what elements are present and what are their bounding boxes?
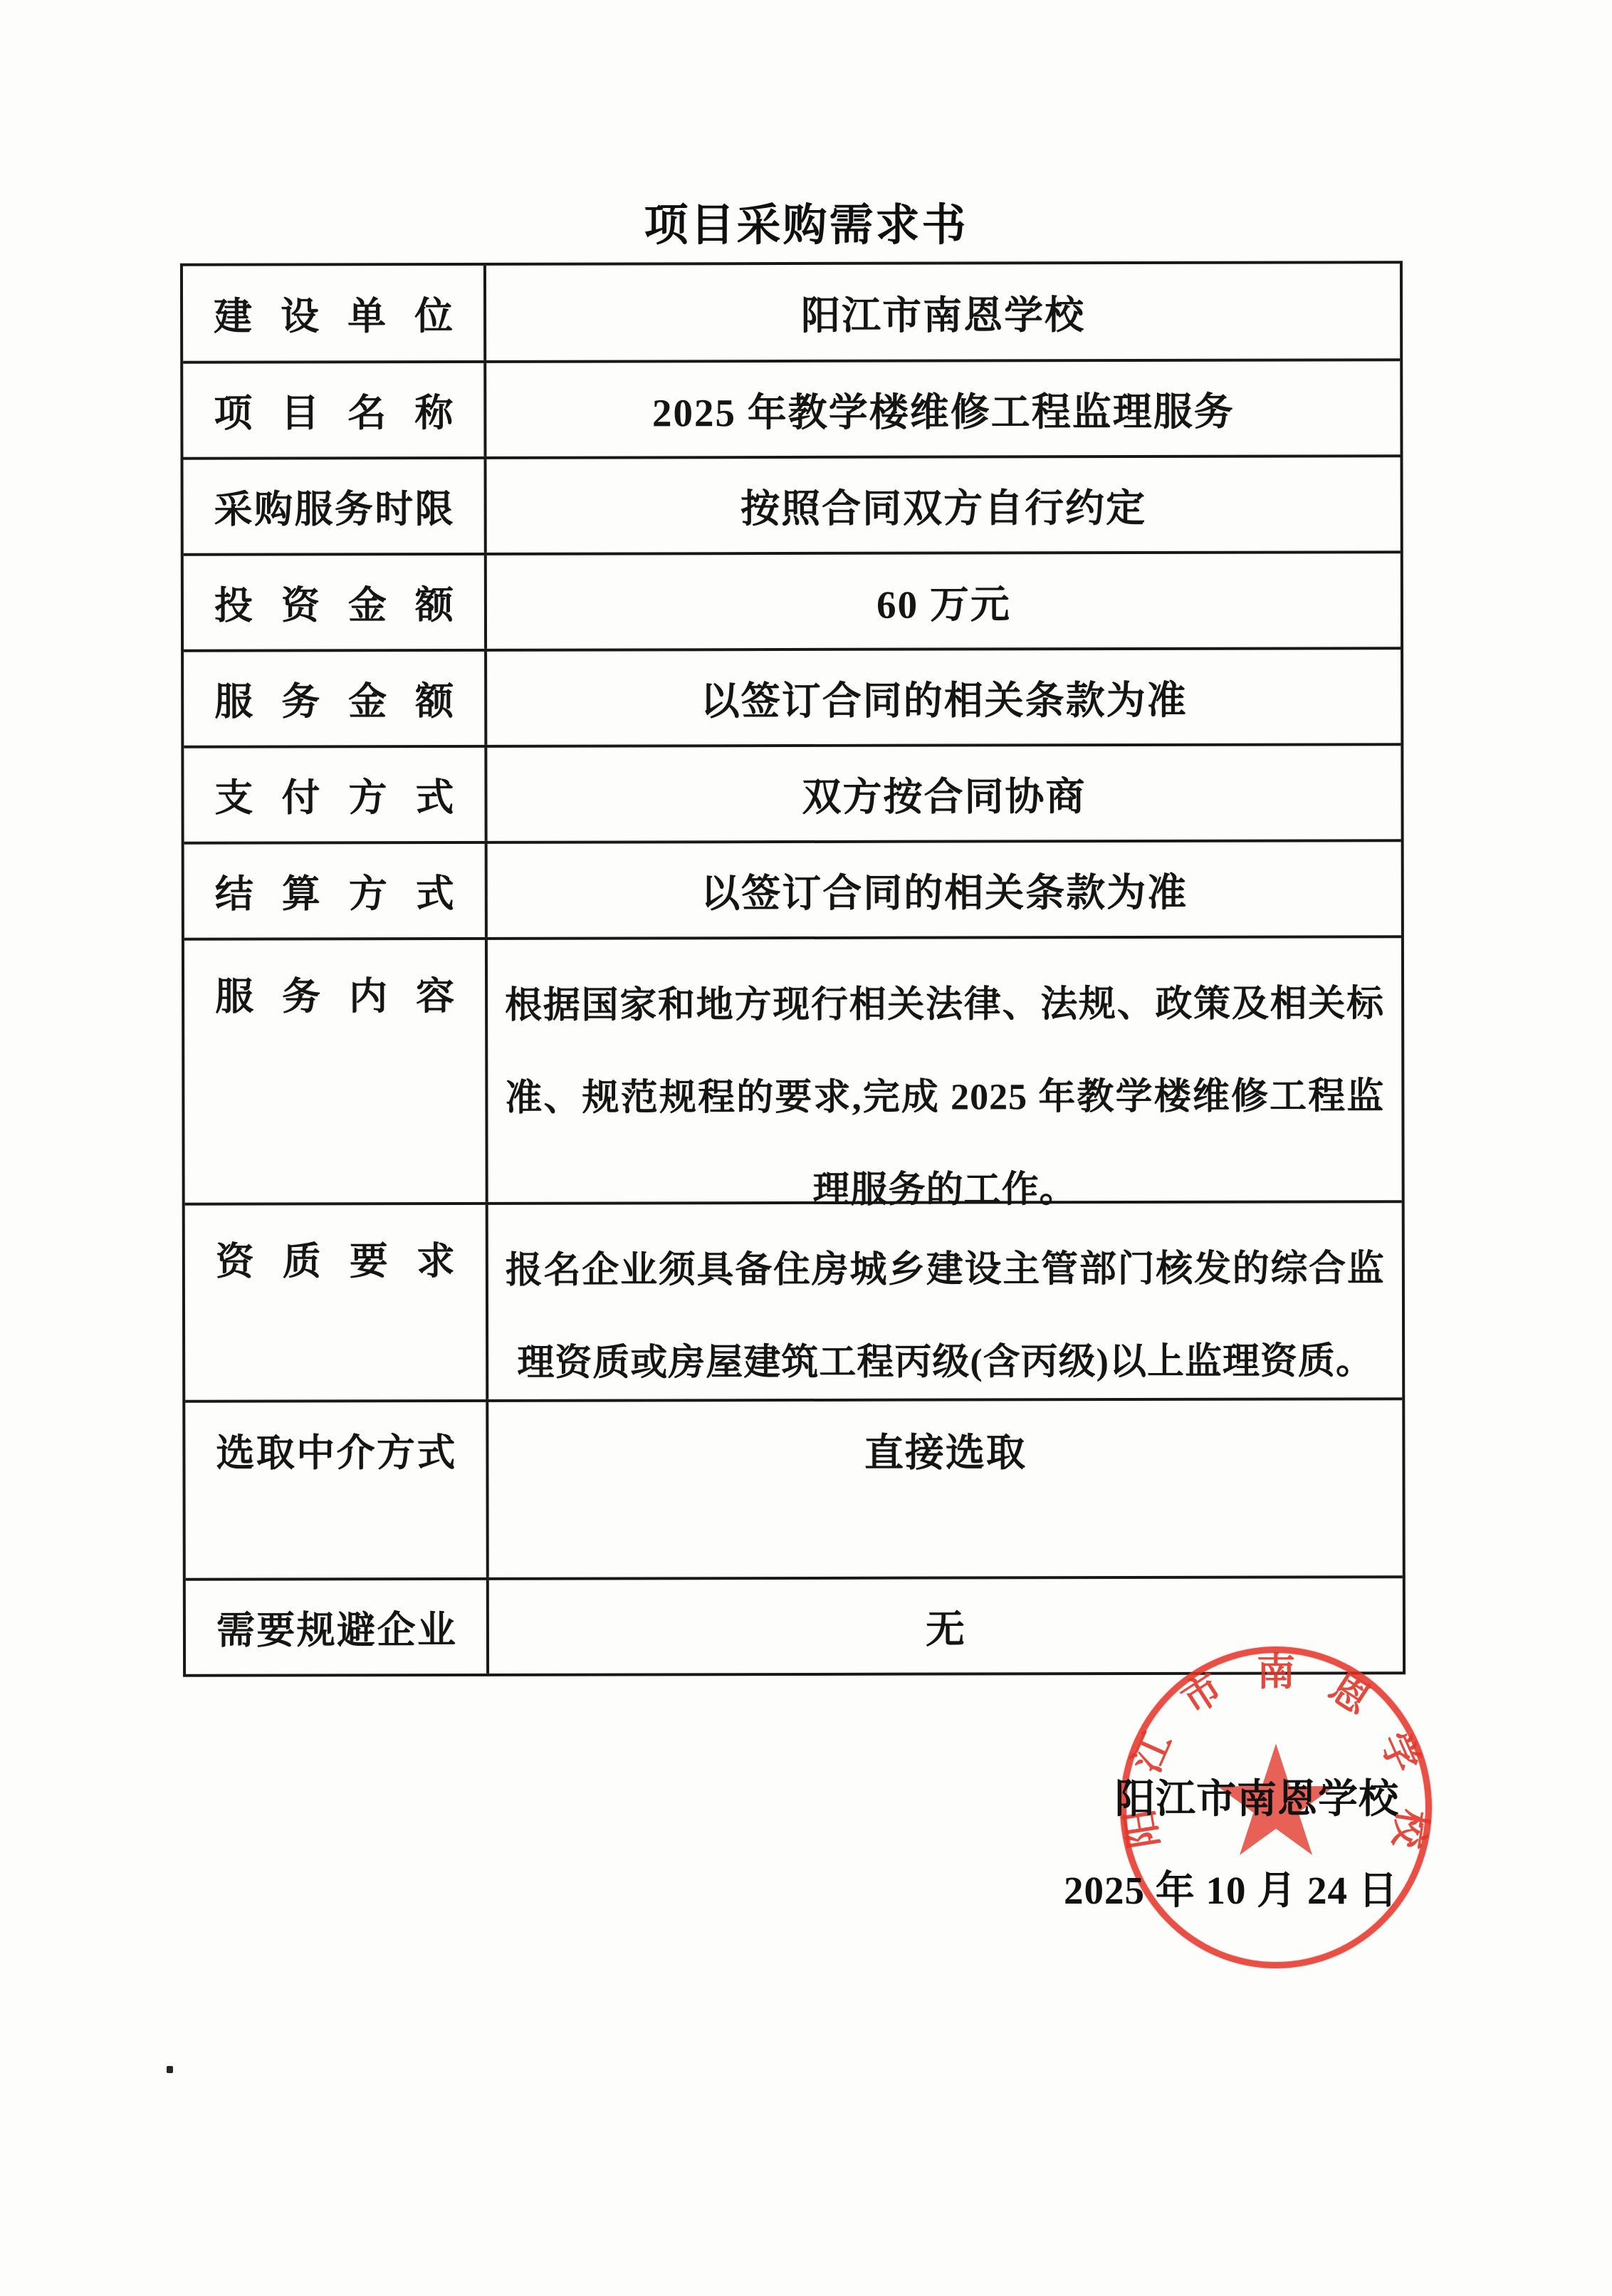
row-label: 投资金额 — [214, 575, 454, 630]
signature-org: 阳江市南恩学校 — [1115, 1768, 1399, 1825]
row-label-cell: 资质要求 — [185, 1205, 489, 1400]
row-value: 报名企业须具备住房城乡建设主管部门核发的综合监理资质或房屋建筑工程丙级(含丙级)… — [506, 1223, 1386, 1410]
row-value: 2025 年教学楼维修工程监理服务 — [652, 380, 1235, 438]
row-label: 服务内容 — [215, 966, 454, 1021]
row-value-cell: 60 万元 — [487, 553, 1401, 649]
table-row: 资质要求 报名企业须具备住房城乡建设主管部门核发的综合监理资质或房屋建筑工程丙级… — [185, 1200, 1403, 1400]
row-label: 选取中介方式 — [216, 1422, 455, 1478]
table-row: 服务金额 以签订合同的相关条款为准 — [184, 647, 1401, 746]
table-row: 项目名称 2025 年教学楼维修工程监理服务 — [183, 358, 1400, 457]
row-value-cell: 以签订合同的相关条款为准 — [487, 649, 1401, 745]
row-label: 支付方式 — [214, 767, 454, 823]
row-label-cell: 支付方式 — [184, 748, 487, 842]
scan-speck — [167, 2066, 173, 2073]
row-value-cell: 按照合同双方自行约定 — [487, 457, 1401, 553]
table-row: 选取中介方式 直接选取 — [185, 1397, 1403, 1578]
stamp-arc-char: 恩 — [1322, 1661, 1381, 1721]
table-row: 采购服务时限 按照合同双方自行约定 — [183, 454, 1400, 553]
row-label-cell: 服务金额 — [184, 652, 487, 746]
document-page: 项目采购需求书 建设单位 阳江市南恩学校 项目名称 2025 年教学楼维修工程监… — [0, 0, 1612, 2296]
row-label: 采购服务时限 — [214, 479, 454, 534]
row-label-cell: 结算方式 — [184, 844, 488, 938]
row-label: 结算方式 — [215, 863, 454, 919]
row-label-cell: 建设单位 — [183, 266, 486, 361]
signature-date: 2025 年 10 月 24 日 — [1064, 1859, 1398, 1915]
row-value: 双方按合同协商 — [802, 765, 1086, 822]
table-row: 投资金额 60 万元 — [184, 550, 1401, 649]
stamp-arc-char: 南 — [1255, 1647, 1297, 1690]
row-label-cell: 项目名称 — [183, 363, 486, 457]
row-value: 以签订合同的相关条款为准 — [701, 669, 1188, 726]
row-value-cell: 报名企业须具备住房城乡建设主管部门核发的综合监理资质或房屋建筑工程丙级(含丙级)… — [488, 1203, 1403, 1399]
row-label-cell: 投资金额 — [184, 555, 487, 649]
row-value-cell: 2025 年教学楼维修工程监理服务 — [486, 361, 1400, 456]
row-label: 建设单位 — [214, 286, 453, 341]
requirements-table: 建设单位 阳江市南恩学校 项目名称 2025 年教学楼维修工程监理服务 采购服务… — [180, 261, 1406, 1677]
table-row: 支付方式 双方按合同协商 — [184, 743, 1401, 842]
row-label: 需要规避企业 — [216, 1600, 456, 1655]
row-label: 服务金额 — [214, 671, 454, 726]
table-row: 建设单位 阳江市南恩学校 — [183, 263, 1400, 361]
row-value: 以签订合同的相关条款为准 — [701, 861, 1188, 918]
row-label-cell: 选取中介方式 — [185, 1402, 489, 1578]
row-value-cell: 双方按合同协商 — [487, 746, 1401, 841]
row-value: 按照合同双方自行约定 — [740, 476, 1146, 533]
row-label-cell: 采购服务时限 — [184, 459, 487, 553]
row-value-cell: 根据国家和地方现行相关法律、法规、政策及相关标准、规范规程的要求,完成 2025… — [488, 938, 1402, 1202]
row-label-cell: 需要规避企业 — [186, 1580, 489, 1674]
row-value: 阳江市南恩学校 — [801, 283, 1085, 340]
row-label-cell: 服务内容 — [184, 940, 488, 1203]
row-value-cell: 以签订合同的相关条款为准 — [488, 842, 1401, 937]
row-value-cell: 直接选取 — [488, 1400, 1403, 1577]
row-value: 根据国家和地方现行相关法律、法规、政策及相关标准、规范规程的要求,完成 2025… — [505, 958, 1385, 1238]
table-row: 结算方式 以签订合同的相关条款为准 — [184, 839, 1401, 938]
row-value: 60 万元 — [876, 573, 1011, 629]
stamp-arc-char: 市 — [1171, 1661, 1230, 1721]
table-row: 服务内容 根据国家和地方现行相关法律、法规、政策及相关标准、规范规程的要求,完成… — [184, 935, 1402, 1203]
row-label: 资质要求 — [216, 1231, 455, 1286]
document-title: 项目采购需求书 — [0, 189, 1612, 253]
row-value: 直接选取 — [864, 1421, 1027, 1477]
row-label: 项目名称 — [214, 382, 453, 438]
row-value-cell: 阳江市南恩学校 — [486, 263, 1400, 360]
row-value: 无 — [926, 1597, 966, 1654]
